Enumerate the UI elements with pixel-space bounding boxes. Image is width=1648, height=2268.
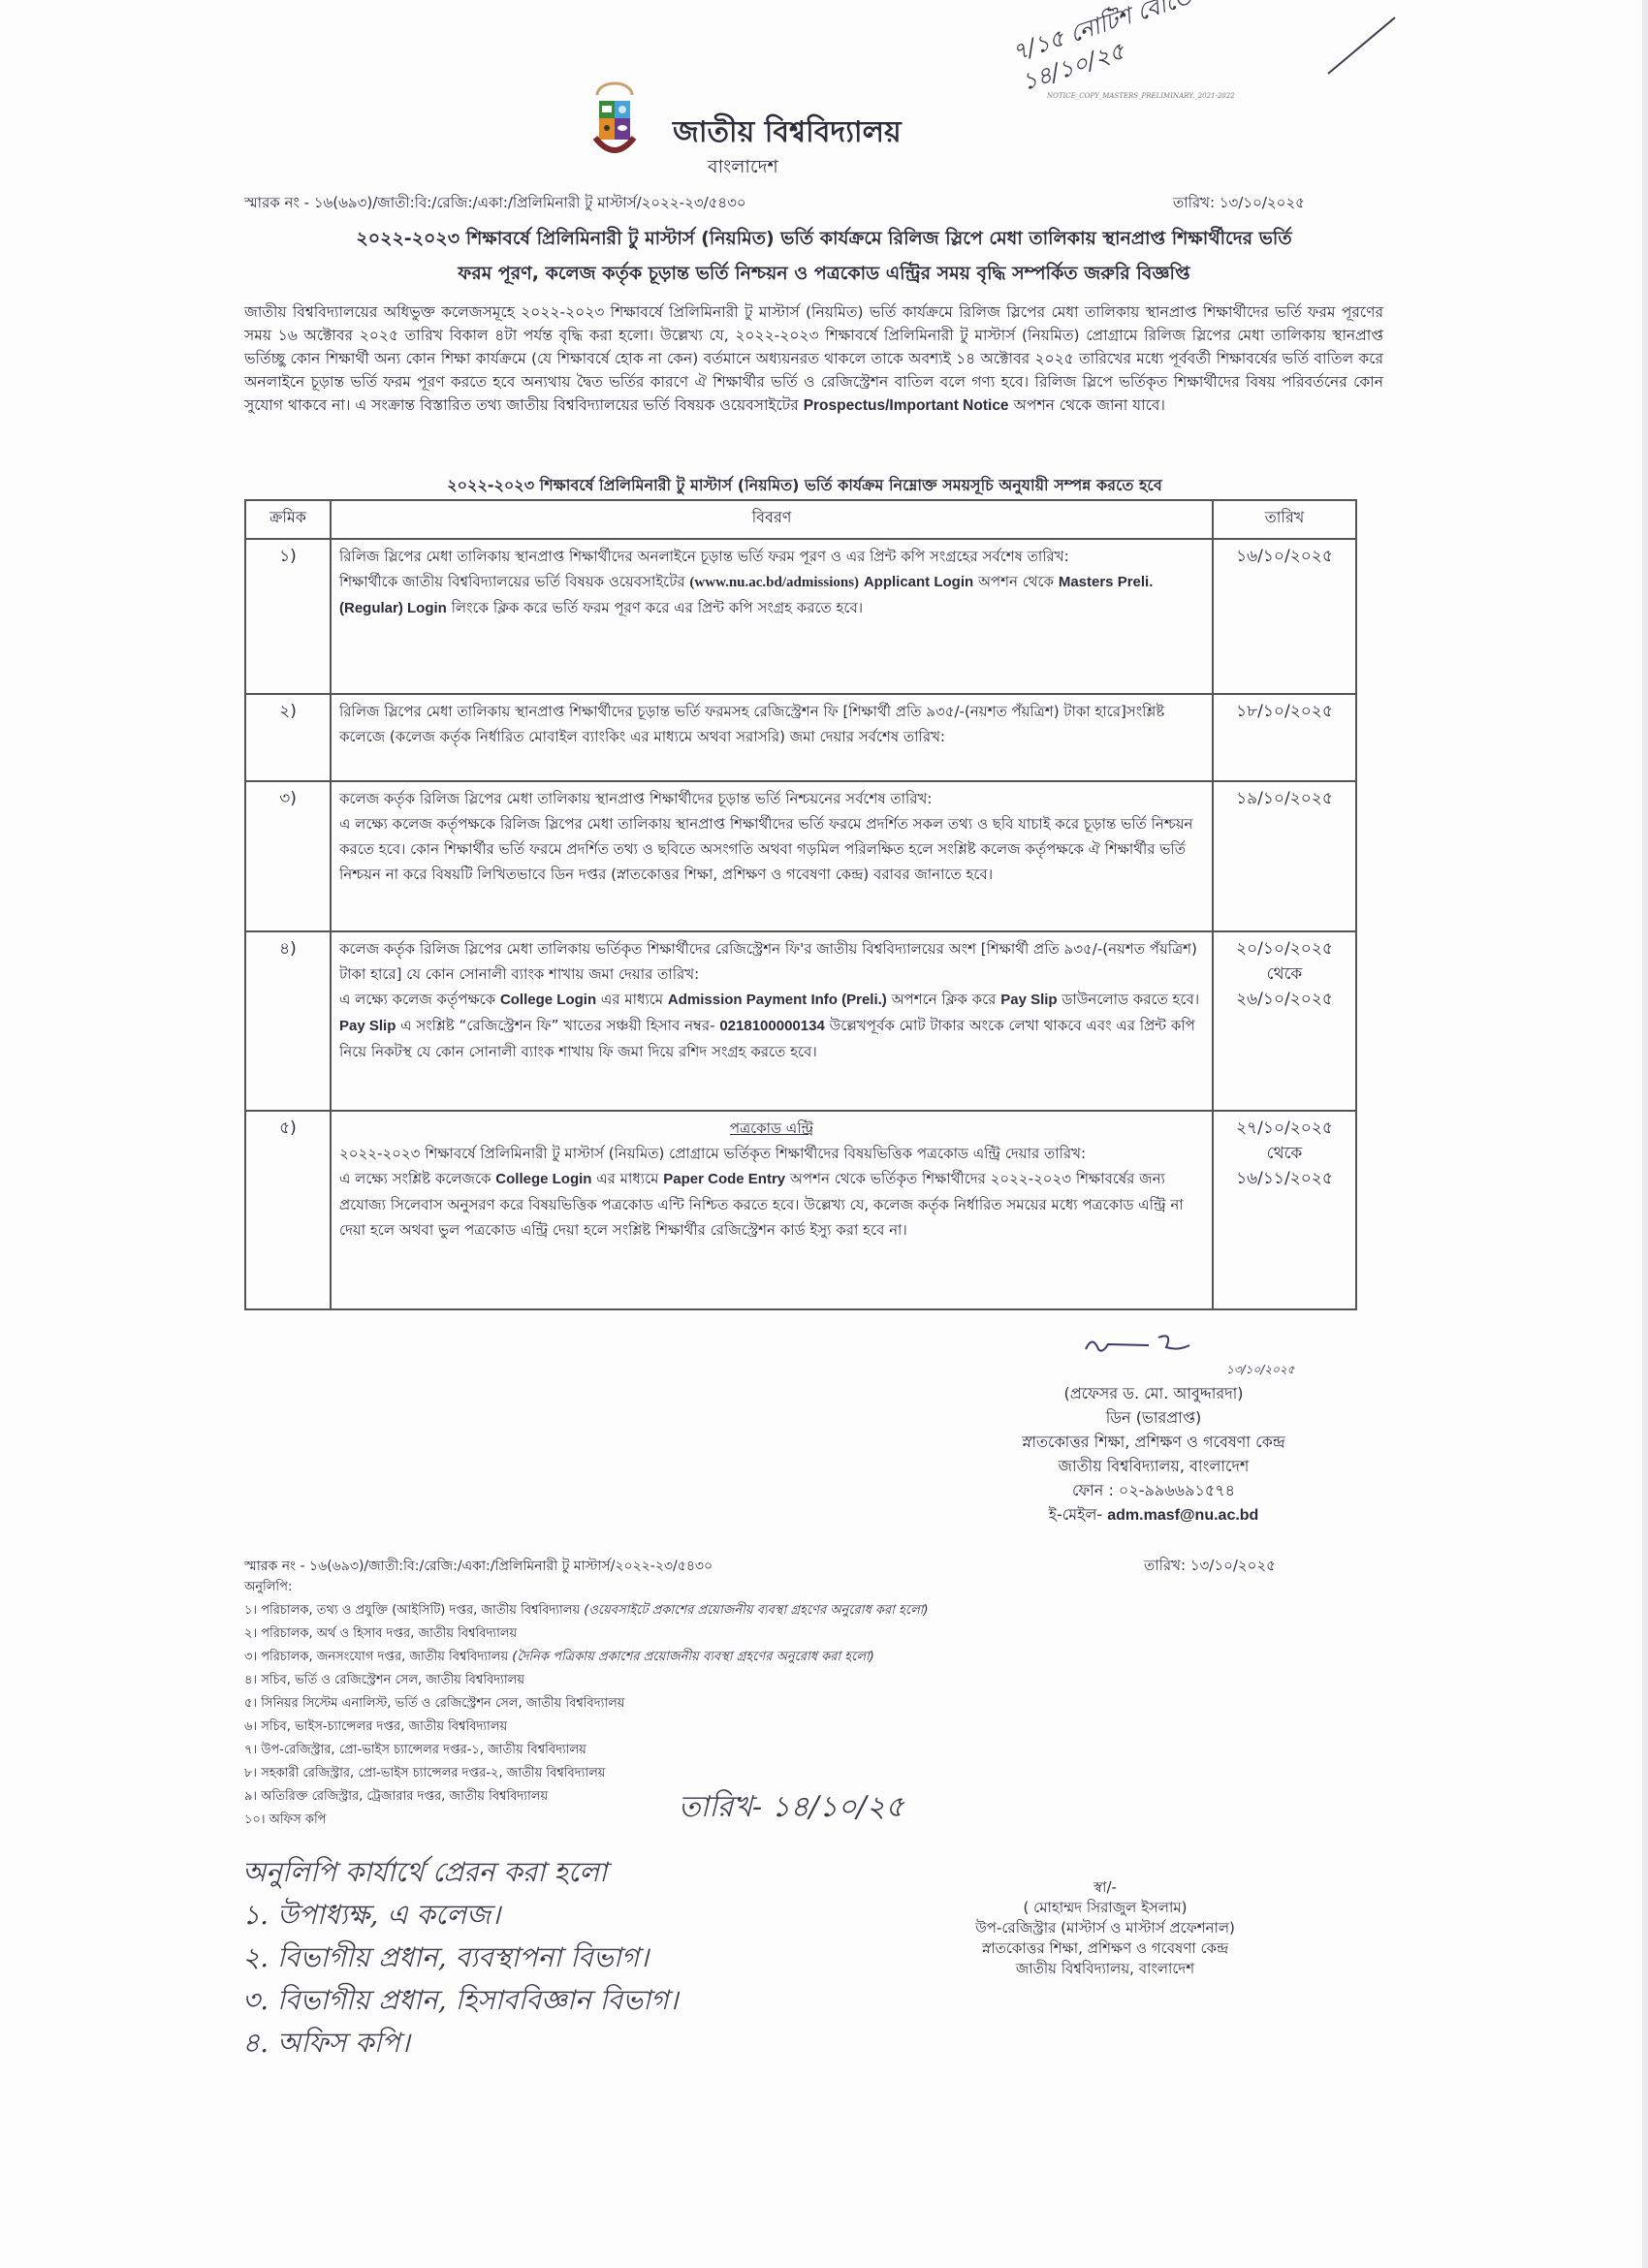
deputy-registrar-signature-block: স্বা/- ( মোহাম্মদ সিরাজুল ইসলাম) উপ-রেজি… xyxy=(911,1877,1299,1979)
row-date: ১৯/১০/২০২৫ xyxy=(1213,781,1356,931)
page-edge xyxy=(1642,0,1648,2268)
table-row: ১) রিলিজ স্লিপের মেধা তালিকায় স্থানপ্রা… xyxy=(245,539,1356,694)
signatory-email-line: ই-মেইল- adm.masf@nu.ac.bd xyxy=(969,1502,1338,1528)
recipient: ১। পরিচালক, তথ্য ও প্রযুক্তি (আইসিটি) দপ… xyxy=(244,1603,580,1618)
recipient: ৮। সহকারী রেজিস্ট্রার, প্রো-ভাইস চ্যান্স… xyxy=(244,1766,605,1780)
account-number: 0218100000134 xyxy=(719,1018,824,1034)
schedule-heading: ২০২২-২০২৩ শিক্ষাবর্ষে প্রিলিমিনারী টু মা… xyxy=(233,473,1377,499)
row-heading: রিলিজ স্লিপের মেধা তালিকায় স্থানপ্রাপ্ত… xyxy=(339,544,1204,569)
handwritten-line: ২. বিভাগীয় প্রধান, ব্যবস্থাপনা বিভাগ। xyxy=(242,1937,679,1979)
list-item: ১। পরিচালক, তথ্য ও প্রযুক্তি (আইসিটি) দপ… xyxy=(244,1599,929,1622)
date-to: ২৬/১০/২০২৫ xyxy=(1221,987,1347,1012)
prospectus-reference: Prospectus/Important Notice xyxy=(804,397,1009,414)
list-item: ৭। উপ-রেজিস্ট্রার, প্রো-ভাইস চ্যান্সেলর … xyxy=(244,1739,929,1762)
signatory-institution: জাতীয় বিশ্ববিদ্যালয়, বাংলাদেশ xyxy=(969,1454,1338,1478)
signatory-phone: ফোন : ০২-৯৯৬৬৯১৫৭৪ xyxy=(969,1478,1338,1502)
pay-slip-ref: Pay Slip xyxy=(1000,992,1057,1008)
handwritten-date: তারিখ- ১৪/১০/২৫ xyxy=(679,1783,904,1833)
row-text: এর মাধ্যমে xyxy=(596,1170,658,1187)
date-separator: থেকে xyxy=(1221,961,1347,987)
notice-title-line-2: ফরম পূরণ, কলেজ কর্তৃক চূড়ান্ত ভর্তি নিশ… xyxy=(223,260,1425,291)
row-description: রিলিজ স্লিপের মেধা তালিকায় স্থানপ্রাপ্ত… xyxy=(331,539,1213,694)
handwritten-note-top: ৭/১৫ নোটিশ বোর্ডে দিন ১৪/১০/২৫ xyxy=(1008,0,1243,98)
row-text: লিংকে ক্লিক করে ভর্তি ফরম পূরণ করে এর প্… xyxy=(452,599,864,616)
row-description: রিলিজ স্লিপের মেধা তালিকায় স্থানপ্রাপ্ত… xyxy=(331,694,1213,781)
college-login-ref: College Login xyxy=(495,1171,591,1187)
recipient: ২। পরিচালক, অর্থ ও হিসাব দপ্তর, জাতীয় ব… xyxy=(244,1626,517,1641)
body-text-end: অপশন থেকে জানা যাবে। xyxy=(1014,396,1165,414)
college-login-ref: College Login xyxy=(500,992,596,1008)
dean-signature-block: (প্রফেসর ড. মো. আবুদ্দারদা) ডিন (ভারপ্রা… xyxy=(969,1381,1338,1528)
copy-date: তারিখ: ১৩/১০/২০২৫ xyxy=(1144,1555,1276,1579)
row-description: পত্রকোড এন্ট্রি ২০২২-২০২৩ শিক্ষাবর্ষে প্… xyxy=(331,1111,1213,1309)
date-separator: থেকে xyxy=(1221,1141,1347,1166)
paper-code-entry-ref: Paper Code Entry xyxy=(663,1171,785,1187)
recipient: ৫। সিনিয়র সিস্টেম এনালিস্ট, ভর্তি ও রেজ… xyxy=(244,1696,624,1711)
signatory-name: ( মোহাম্মদ সিরাজুল ইসলাম) xyxy=(911,1898,1299,1918)
file-stamp: NOTICE_COPY_MASTERS_PRELIMINARY._2021-20… xyxy=(1047,92,1235,100)
row-text: অপশন থেকে xyxy=(978,573,1054,590)
notice-body: জাতীয় বিশ্ববিদ্যালয়ের অধিভুক্ত কলেজসমূ… xyxy=(244,300,1383,418)
row-date-range: ২৭/১০/২০২৫ থেকে ১৬/১১/২০২৫ xyxy=(1213,1111,1356,1309)
recipient: ৪। সচিব, ভর্তি ও রেজিস্ট্রেশন সেল, জাতীয… xyxy=(244,1673,524,1687)
row-date: ১৮/১০/২০২৫ xyxy=(1213,694,1356,781)
recipient: ১০। অফিস কপি xyxy=(244,1812,327,1827)
list-item: ৬। সচিব, ভাইস-চ্যান্সেলর দপ্তর, জাতীয় ব… xyxy=(244,1716,929,1739)
row-heading: কলেজ কর্তৃক রিলিজ স্লিপের মেধা তালিকায় … xyxy=(339,936,1204,987)
row-text: এ লক্ষ্যে কলেজ কর্তৃপক্ষকে রিলিজ স্লিপের… xyxy=(339,815,1193,883)
row-text: অপশনে ক্লিক করে xyxy=(892,991,997,1008)
issue-date: তারিখ: ১৩/১০/২০২৫ xyxy=(1173,192,1305,216)
header-date: তারিখ xyxy=(1213,500,1356,539)
recipient: ৬। সচিব, ভাইস-চ্যান্সেলর দপ্তর, জাতীয় ব… xyxy=(244,1719,507,1734)
list-item: ৪। সচিব, ভর্তি ও রেজিস্ট্রেশন সেল, জাতীয… xyxy=(244,1669,929,1692)
recipient: ৯। অতিরিক্ত রেজিস্ট্রার, ট্রেজারার দপ্তর… xyxy=(244,1789,548,1804)
signatory-designation: উপ-রেজিস্ট্রার (মাস্টার্স ও মাস্টার্স প্… xyxy=(911,1918,1299,1938)
applicant-login-ref: Applicant Login xyxy=(864,574,973,590)
copy-label: অনুলিপি: xyxy=(244,1578,292,1598)
table-row: ২) রিলিজ স্লিপের মেধা তালিকায় স্থানপ্রা… xyxy=(245,694,1356,781)
row-serial: ৪) xyxy=(245,931,331,1111)
list-item: ৮। সহকারী রেজিস্ট্রার, প্রো-ভাইস চ্যান্স… xyxy=(244,1762,929,1785)
row-description: কলেজ কর্তৃক রিলিজ স্লিপের মেধা তালিকায় … xyxy=(331,781,1213,931)
row-text: এ সংশ্লিষ্ট “রেজিস্ট্রেশন ফি” খাতের সঞ্চ… xyxy=(400,1017,714,1034)
admissions-url: (www.nu.ac.bd/admissions) xyxy=(689,575,859,590)
signed-mark: স্বা/- xyxy=(911,1877,1299,1898)
handwritten-line: ৪. অফিস কপি। xyxy=(242,2022,679,2064)
university-logo-icon xyxy=(591,81,638,165)
signatory-office: স্নাতকোত্তর শিক্ষা, প্রশিক্ষণ ও গবেষণা ক… xyxy=(911,1938,1299,1959)
notice-page: জাতীয় বিশ্ববিদ্যালয় বাংলাদেশ NOTICE_CO… xyxy=(0,0,1648,2268)
row-heading: কলেজ কর্তৃক রিলিজ স্লিপের মেধা তালিকায় … xyxy=(339,786,1204,811)
handwritten-line: অনুলিপি কার্যার্থে প্রেরন করা হলো xyxy=(242,1851,679,1894)
table-header-row: ক্রমিক বিবরণ তারিখ xyxy=(245,500,1356,539)
signatory-office: স্নাতকোত্তর শিক্ষা, প্রশিক্ষণ ও গবেষণা ক… xyxy=(969,1430,1338,1454)
row-text: ডাউনলোড করতে হবে। xyxy=(1062,991,1199,1008)
table-row: ৪) কলেজ কর্তৃক রিলিজ স্লিপের মেধা তালিকা… xyxy=(245,931,1356,1111)
payment-info-ref: Admission Payment Info (Preli.) xyxy=(668,992,887,1008)
date-to: ১৬/১১/২০২৫ xyxy=(1221,1166,1347,1191)
email-label: ই-মেইল- xyxy=(1049,1505,1103,1524)
memo-number: স্মারক নং - ১৬(৬৯৩)/জাতী:বি:/রেজি:/একা:/… xyxy=(244,192,746,216)
signature-date: ১৩/১০/২০২৫ xyxy=(1226,1362,1294,1381)
signature-scribble-icon xyxy=(1081,1330,1197,1359)
email-address[interactable]: adm.masf@nu.ac.bd xyxy=(1107,1507,1258,1524)
list-item: ৩। পরিচালক, জনসংযোগ দপ্তর, জাতীয় বিশ্বব… xyxy=(244,1646,929,1669)
recipient-note: (দৈনিক পত্রিকায় প্রকাশের প্রয়োজনীয় ব্… xyxy=(512,1650,874,1664)
signatory-name: (প্রফেসর ড. মো. আবুদ্দারদা) xyxy=(969,1381,1338,1405)
handwritten-line: ৩. বিভাগীয় প্রধান, হিসাববিজ্ঞান বিভাগ। xyxy=(242,1979,679,2022)
list-item: ৫। সিনিয়র সিস্টেম এনালিস্ট, ভর্তি ও রেজ… xyxy=(244,1692,929,1716)
row-date-range: ২০/১০/২০২৫ থেকে ২৬/১০/২০২৫ xyxy=(1213,931,1356,1111)
row-serial: ৩) xyxy=(245,781,331,931)
row-text: শিক্ষার্থীকে জাতীয় বিশ্ববিদ্যালয়ের ভর্… xyxy=(339,573,685,590)
signatory-institution: জাতীয় বিশ্ববিদ্যালয়, বাংলাদেশ xyxy=(911,1959,1299,1979)
notice-title-line-1: ২০২২-২০২৩ শিক্ষাবর্ষে প্রিলিমিনারী টু মা… xyxy=(223,225,1425,256)
row-heading: ২০২২-২০২৩ শিক্ষাবর্ষে প্রিলিমিনারী টু মা… xyxy=(339,1141,1204,1166)
row-serial: ১) xyxy=(245,539,331,694)
row-serial: ২) xyxy=(245,694,331,781)
handwritten-stroke xyxy=(1327,16,1395,74)
date-from: ২৭/১০/২০২৫ xyxy=(1221,1116,1347,1141)
header-description: বিবরণ xyxy=(331,500,1213,539)
handwritten-line: ১. উপাধ্যক্ষ, এ কলেজ। xyxy=(242,1894,679,1937)
row-text: এর মাধ্যমে xyxy=(601,991,663,1008)
row-subtitle: পত্রকোড এন্ট্রি xyxy=(339,1116,1204,1141)
signatory-designation: ডিন (ভারপ্রাপ্ত) xyxy=(969,1405,1338,1430)
pay-slip-ref: Pay Slip xyxy=(339,1018,396,1034)
date-from: ২০/১০/২০২৫ xyxy=(1221,936,1347,961)
handwritten-forwarding-notes: অনুলিপি কার্যার্থে প্রেরন করা হলো ১. উপা… xyxy=(242,1851,679,2064)
row-serial: ৫) xyxy=(245,1111,331,1309)
copy-memo-number: স্মারক নং - ১৬(৬৯৩)/জাতী:বি:/রেজি:/একা:/… xyxy=(244,1555,713,1578)
row-description: কলেজ কর্তৃক রিলিজ স্লিপের মেধা তালিকায় … xyxy=(331,931,1213,1111)
row-text: এ লক্ষ্যে কলেজ কর্তৃপক্ষকে xyxy=(339,991,495,1008)
list-item: ২। পরিচালক, অর্থ ও হিসাব দপ্তর, জাতীয় ব… xyxy=(244,1622,929,1646)
recipient: ৭। উপ-রেজিস্ট্রার, প্রো-ভাইস চ্যান্সেলর … xyxy=(244,1743,586,1757)
university-name: জাতীয় বিশ্ববিদ্যালয় xyxy=(673,109,902,158)
row-text: এ লক্ষ্যে সংশ্লিষ্ট কলেজকে xyxy=(339,1170,491,1187)
table-row: ৩) কলেজ কর্তৃক রিলিজ স্লিপের মেধা তালিকা… xyxy=(245,781,1356,931)
row-date: ১৬/১০/২০২৫ xyxy=(1213,539,1356,694)
country-name: বাংলাদেশ xyxy=(708,153,778,184)
recipient: ৩। পরিচালক, জনসংযোগ দপ্তর, জাতীয় বিশ্বব… xyxy=(244,1650,508,1664)
recipient-note: (ওয়েবসাইটে প্রকাশের প্রয়োজনীয় ব্যবস্থ… xyxy=(584,1603,928,1618)
table-row: ৫) পত্রকোড এন্ট্রি ২০২২-২০২৩ শিক্ষাবর্ষে… xyxy=(245,1111,1356,1309)
schedule-table: ক্রমিক বিবরণ তারিখ ১) রিলিজ স্লিপের মেধা… xyxy=(244,499,1357,1310)
header-serial: ক্রমিক xyxy=(245,500,331,539)
